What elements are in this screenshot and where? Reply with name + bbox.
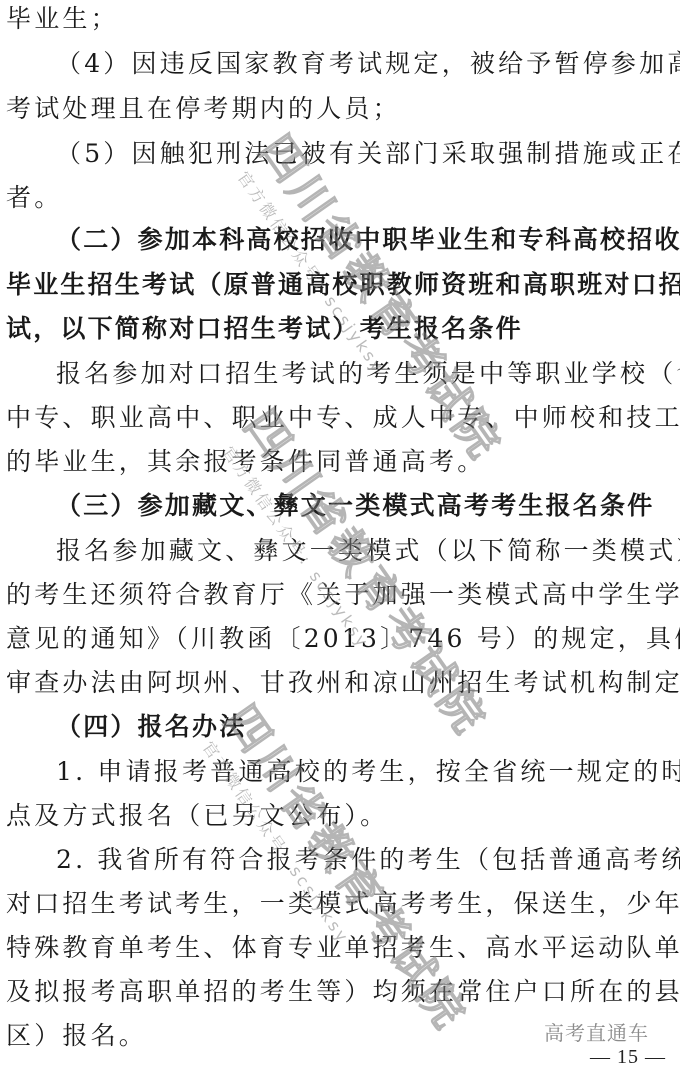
section-heading: （四）报名办法 xyxy=(56,712,246,742)
paragraph-line: 的毕业生，其余报考条件同普通高考。 xyxy=(6,447,485,477)
paragraph-line: 1. 申请报考普通高校的考生，按全省统一规定的时间、地 xyxy=(56,757,680,787)
paragraph-line: 意见的通知》（川教函〔2013〕746 号）的规定，具体报名资格 xyxy=(6,624,680,654)
paragraph-line: 区）报名。 xyxy=(6,1021,147,1051)
paragraph-line: 报名参加对口招生考试的考生须是中等职业学校（含普通 xyxy=(56,359,680,389)
paragraph-line: 的考生还须符合教育厅《关于加强一类模式高中学生学籍管理 xyxy=(6,580,680,610)
paragraph-line: 中专、职业高中、职业中专、成人中专、中师校和技工学校） xyxy=(6,403,680,433)
footer-brand: 高考直通车 xyxy=(544,1017,649,1046)
page-number: — 15 — xyxy=(590,1046,666,1069)
paragraph-line: 者。 xyxy=(6,183,62,213)
paragraph-line: 报名参加藏文、彝文一类模式（以下简称一类模式）高考 xyxy=(56,536,680,566)
paragraph-line: （5）因触犯刑法已被有关部门采取强制措施或正在服刑 xyxy=(56,139,680,169)
section-heading: 试，以下简称对口招生考试）考生报名条件 xyxy=(6,314,523,344)
paragraph-line: 毕业生； xyxy=(6,4,119,34)
section-heading: （三）参加藏文、彝文一类模式高考考生报名条件 xyxy=(56,491,654,521)
section-heading: （二）参加本科高校招收中职毕业生和专科高校招收中职 xyxy=(56,225,680,255)
paragraph-line: 考试处理且在停考期内的人员； xyxy=(6,94,401,124)
document-page: 毕业生；（4）因违反国家教育考试规定，被给予暂停参加高校招生考试处理且在停考期内… xyxy=(0,0,680,1075)
paragraph-line: 特殊教育单考生、体育专业单招考生、高水平运动队单考生以 xyxy=(6,933,680,963)
paragraph-line: 2. 我省所有符合报考条件的考生（包括普通高考统考生， xyxy=(56,845,680,875)
section-heading: 毕业生招生考试（原普通高校职教师资班和高职班对口招生考 xyxy=(6,270,680,300)
paragraph-line: 及拟报考高职单招的考生等）均须在常住户口所在的县（市、 xyxy=(6,977,680,1007)
paragraph-line: 点及方式报名（已另文公布）。 xyxy=(6,801,388,831)
paragraph-line: （4）因违反国家教育考试规定，被给予暂停参加高校招生 xyxy=(56,49,680,79)
paragraph-line: 审查办法由阿坝州、甘孜州和凉山州招生考试机构制定。 xyxy=(6,668,680,698)
paragraph-line: 对口招生考试考生，一类模式高考考生，保送生，少年班考生， xyxy=(6,889,680,919)
